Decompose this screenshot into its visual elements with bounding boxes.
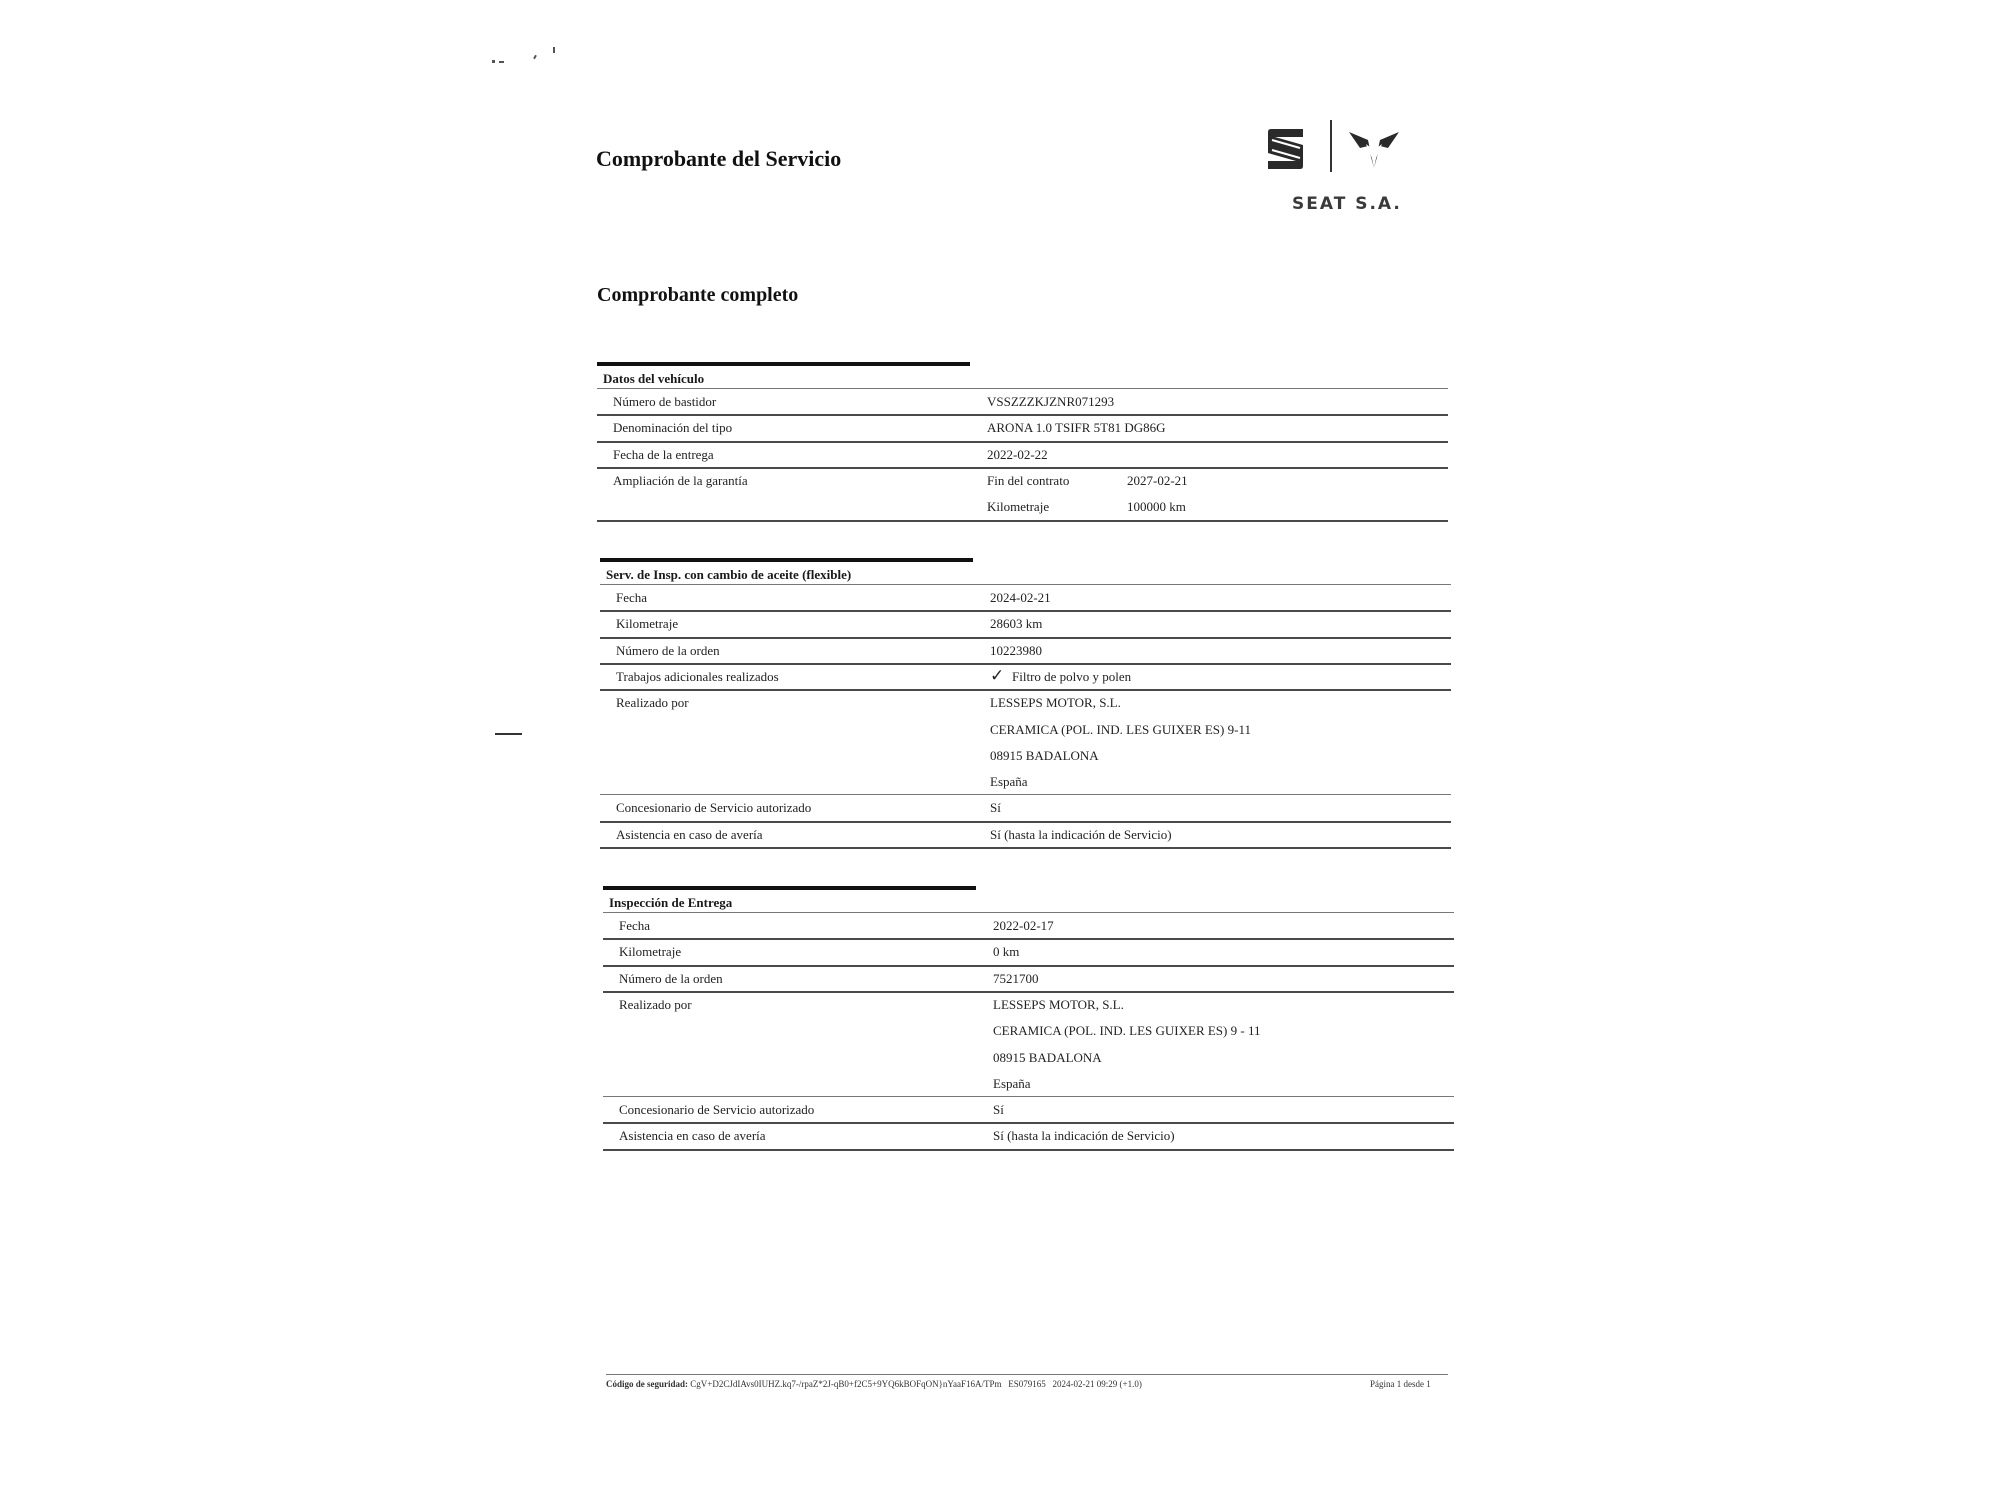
address-line: 08915 BADALONA xyxy=(990,748,1099,764)
company-logo: SEAT S.A. xyxy=(1262,120,1412,220)
row-rule xyxy=(600,637,1451,639)
row-label: Número de bastidor xyxy=(613,394,716,410)
row-rule xyxy=(603,1122,1454,1124)
row-label: Concesionario de Servicio autorizado xyxy=(616,800,811,816)
scan-artifact xyxy=(533,55,537,59)
row-value: 2022-02-22 xyxy=(987,447,1048,463)
row-rule xyxy=(603,965,1454,967)
address-line: LESSEPS MOTOR, S.L. xyxy=(993,997,1124,1013)
row-label: Realizado por xyxy=(616,695,689,711)
address-line: CERAMICA (POL. IND. LES GUIXER ES) 9 - 1… xyxy=(993,1023,1260,1039)
scan-artifact xyxy=(492,60,495,63)
company-name: SEAT S.A. xyxy=(1292,194,1402,214)
security-label: Código de seguridad: xyxy=(606,1379,688,1389)
section-bar xyxy=(603,886,976,890)
section-heading: Datos del vehículo xyxy=(603,371,704,387)
row-value: Filtro de polvo y polen xyxy=(1012,669,1131,685)
row-rule xyxy=(603,1149,1454,1151)
check-icon: ✓ xyxy=(990,666,1004,686)
scan-artifact xyxy=(499,61,504,63)
document-title: Comprobante del Servicio xyxy=(596,146,841,172)
row-value: 0 km xyxy=(993,944,1019,960)
row-label: Trabajos adicionales realizados xyxy=(616,669,779,685)
row-rule xyxy=(600,610,1451,612)
logo-divider xyxy=(1330,120,1332,172)
row-label: Ampliación de la garantía xyxy=(613,473,748,489)
address-line: España xyxy=(990,774,1028,790)
address-line: 08915 BADALONA xyxy=(993,1050,1102,1066)
row-rule xyxy=(597,520,1448,522)
sub-value: 100000 km xyxy=(1127,499,1186,515)
row-label: Concesionario de Servicio autorizado xyxy=(619,1102,814,1118)
section-rule xyxy=(600,584,1451,585)
row-label: Realizado por xyxy=(619,997,692,1013)
row-value: Sí xyxy=(990,800,1001,816)
row-value: Sí (hasta la indicación de Servicio) xyxy=(990,827,1172,843)
address-line: CERAMICA (POL. IND. LES GUIXER ES) 9-11 xyxy=(990,722,1251,738)
row-value: 2022-02-17 xyxy=(993,918,1054,934)
row-label: Fecha xyxy=(619,918,650,934)
row-rule xyxy=(600,663,1451,665)
document-id: ES079165 xyxy=(1008,1379,1046,1389)
row-rule xyxy=(597,467,1448,469)
row-rule xyxy=(603,991,1454,993)
document-subtitle: Comprobante completo xyxy=(597,284,798,307)
row-rule xyxy=(603,1096,1454,1097)
row-label: Asistencia en caso de avería xyxy=(616,827,763,843)
address-line: LESSEPS MOTOR, S.L. xyxy=(990,695,1121,711)
row-rule xyxy=(597,414,1448,416)
section-bar xyxy=(600,558,973,562)
row-label: Kilometraje xyxy=(616,616,678,632)
row-label: Kilometraje xyxy=(619,944,681,960)
section-bar xyxy=(597,362,970,366)
row-label: Fecha xyxy=(616,590,647,606)
row-value: 10223980 xyxy=(990,643,1042,659)
address-line: España xyxy=(993,1076,1031,1092)
row-rule xyxy=(600,821,1451,823)
section-heading: Serv. de Insp. con cambio de aceite (fle… xyxy=(606,567,851,583)
seat-s-logo-icon xyxy=(1266,128,1306,170)
scan-artifact xyxy=(553,47,555,53)
row-label: Asistencia en caso de avería xyxy=(619,1128,766,1144)
row-value: Sí (hasta la indicación de Servicio) xyxy=(993,1128,1175,1144)
row-rule xyxy=(603,938,1454,940)
row-value: 2024-02-21 xyxy=(990,590,1051,606)
section-rule xyxy=(603,912,1454,913)
row-label: Número de la orden xyxy=(619,971,723,987)
footer-rule xyxy=(606,1374,1448,1375)
row-rule xyxy=(600,794,1451,795)
section-heading: Inspección de Entrega xyxy=(609,895,732,911)
row-label: Número de la orden xyxy=(616,643,720,659)
sub-label: Kilometraje xyxy=(987,499,1049,515)
scan-artifact xyxy=(495,733,522,735)
footer-timestamp: 2024-02-21 09:29 (+1.0) xyxy=(1053,1379,1142,1389)
row-value: Sí xyxy=(993,1102,1004,1118)
security-code: CgV+D2CJdIAvs0IUHZ.kq7-/rpaZ*2J-qB0+f2C5… xyxy=(690,1379,1001,1389)
sub-label: Fin del contrato xyxy=(987,473,1069,489)
row-label: Fecha de la entrega xyxy=(613,447,714,463)
row-rule xyxy=(597,441,1448,443)
row-value: ARONA 1.0 TSIFR 5T81 DG86G xyxy=(987,420,1166,436)
row-value: 28603 km xyxy=(990,616,1042,632)
cupra-logo-icon xyxy=(1348,128,1400,170)
section-rule xyxy=(597,388,1448,389)
footer-security: Código de seguridad: CgV+D2CJdIAvs0IUHZ.… xyxy=(606,1379,1142,1389)
row-label: Denominación del tipo xyxy=(613,420,732,436)
row-value: 7521700 xyxy=(993,971,1039,987)
sub-value: 2027-02-21 xyxy=(1127,473,1188,489)
page-indicator: Página 1 desde 1 xyxy=(1370,1379,1431,1389)
row-rule xyxy=(600,689,1451,691)
row-value: VSSZZZKJZNR071293 xyxy=(987,394,1114,410)
row-rule xyxy=(600,847,1451,849)
